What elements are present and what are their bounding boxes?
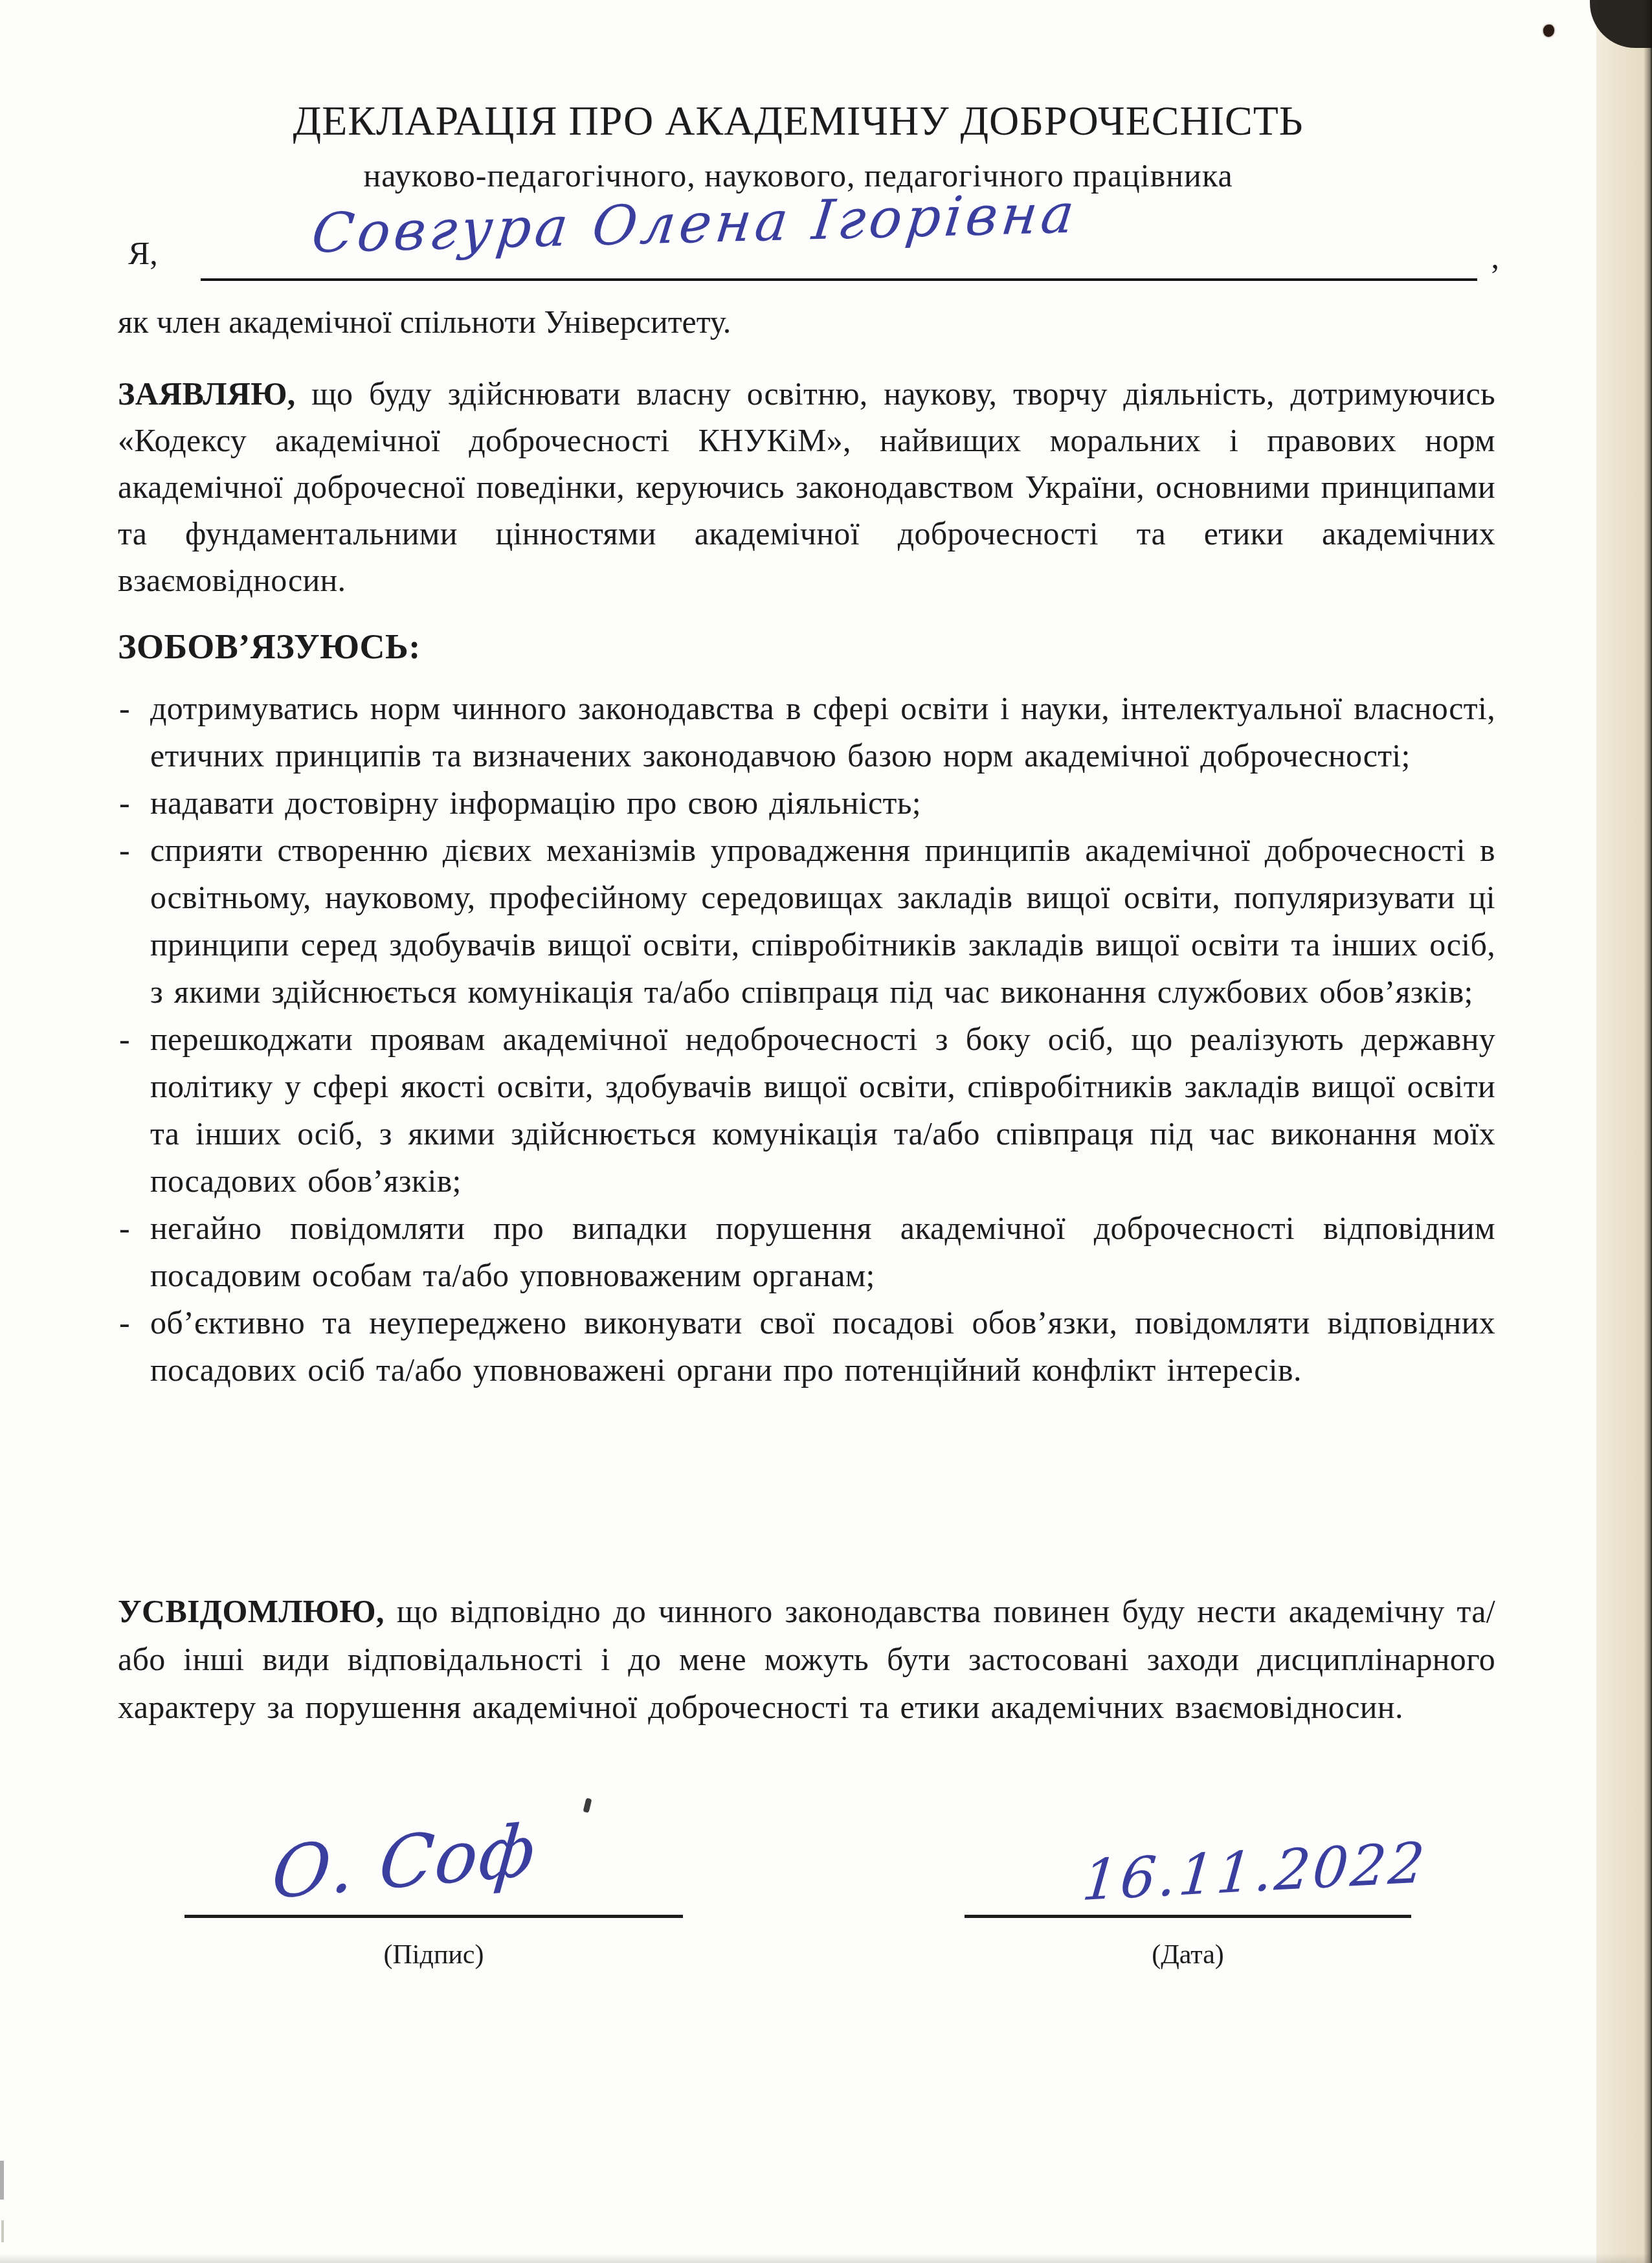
pronoun-label: Я, [128,234,158,272]
handwritten-signature: О. Соф [269,1808,539,1915]
obligation-item: дотримуватись норм чинного законодавства… [118,685,1495,779]
declare-text: що буду здійснювати власну освітню, наук… [118,375,1495,598]
name-row: Я, Совгура Олена Ігорівна , як член акад… [118,208,1495,291]
trailing-comma: , [1491,238,1500,276]
name-blank-line [201,278,1477,281]
obligation-item: негайно повідомляти про випадки порушенн… [118,1205,1495,1299]
handwritten-date: 16.11.2022 [1080,1831,1429,1913]
scan-edge-artifact [0,2161,4,2200]
obligations-list: дотримуватись норм чинного законодавства… [118,685,1495,1394]
obligations-heading: ЗОБОВ’ЯЗУЮСЬ: [118,627,421,667]
scanned-declaration-page: ДЕКЛАРАЦІЯ ПРО АКАДЕМІЧНУ ДОБРОЧЕСНІСТЬ … [0,0,1652,2263]
declare-lead: ЗАЯВЛЯЮ, [118,375,296,412]
scan-edge-strip [1596,0,1652,2263]
ink-dot-artifact [1543,25,1554,37]
obligation-item: надавати достовірну інформацію про свою … [118,779,1495,827]
acknowledge-lead: УСВІДОМЛЮЮ, [118,1593,385,1629]
acknowledge-paragraph: УСВІДОМЛЮЮ, що відповідно до чинного зак… [118,1587,1495,1731]
date-label: (Дата) [965,1939,1411,1970]
stray-pen-mark [583,1798,592,1813]
document-title: ДЕКЛАРАЦІЯ ПРО АКАДЕМІЧНУ ДОБРОЧЕСНІСТЬ [39,97,1557,145]
declare-paragraph: ЗАЯВЛЯЮ, що буду здійснювати власну осві… [118,370,1495,603]
obligation-item: об’єктивно та неупереджено виконувати св… [118,1299,1495,1394]
signature-label: (Підпис) [184,1939,683,1970]
scan-bottom-shadow [0,2254,1652,2263]
date-blank-line [965,1915,1411,1918]
member-line: як член академічної спільноти Університе… [118,303,731,340]
obligation-item: перешкоджати проявам академічної недобро… [118,1016,1495,1205]
document-header: ДЕКЛАРАЦІЯ ПРО АКАДЕМІЧНУ ДОБРОЧЕСНІСТЬ … [39,97,1557,194]
intro-section: Я, Совгура Олена Ігорівна , як член акад… [118,208,1495,291]
signature-blank-line [184,1915,683,1918]
obligation-item: сприяти створенню дієвих механізмів упро… [118,827,1495,1016]
scan-edge-artifact [1,2220,4,2242]
